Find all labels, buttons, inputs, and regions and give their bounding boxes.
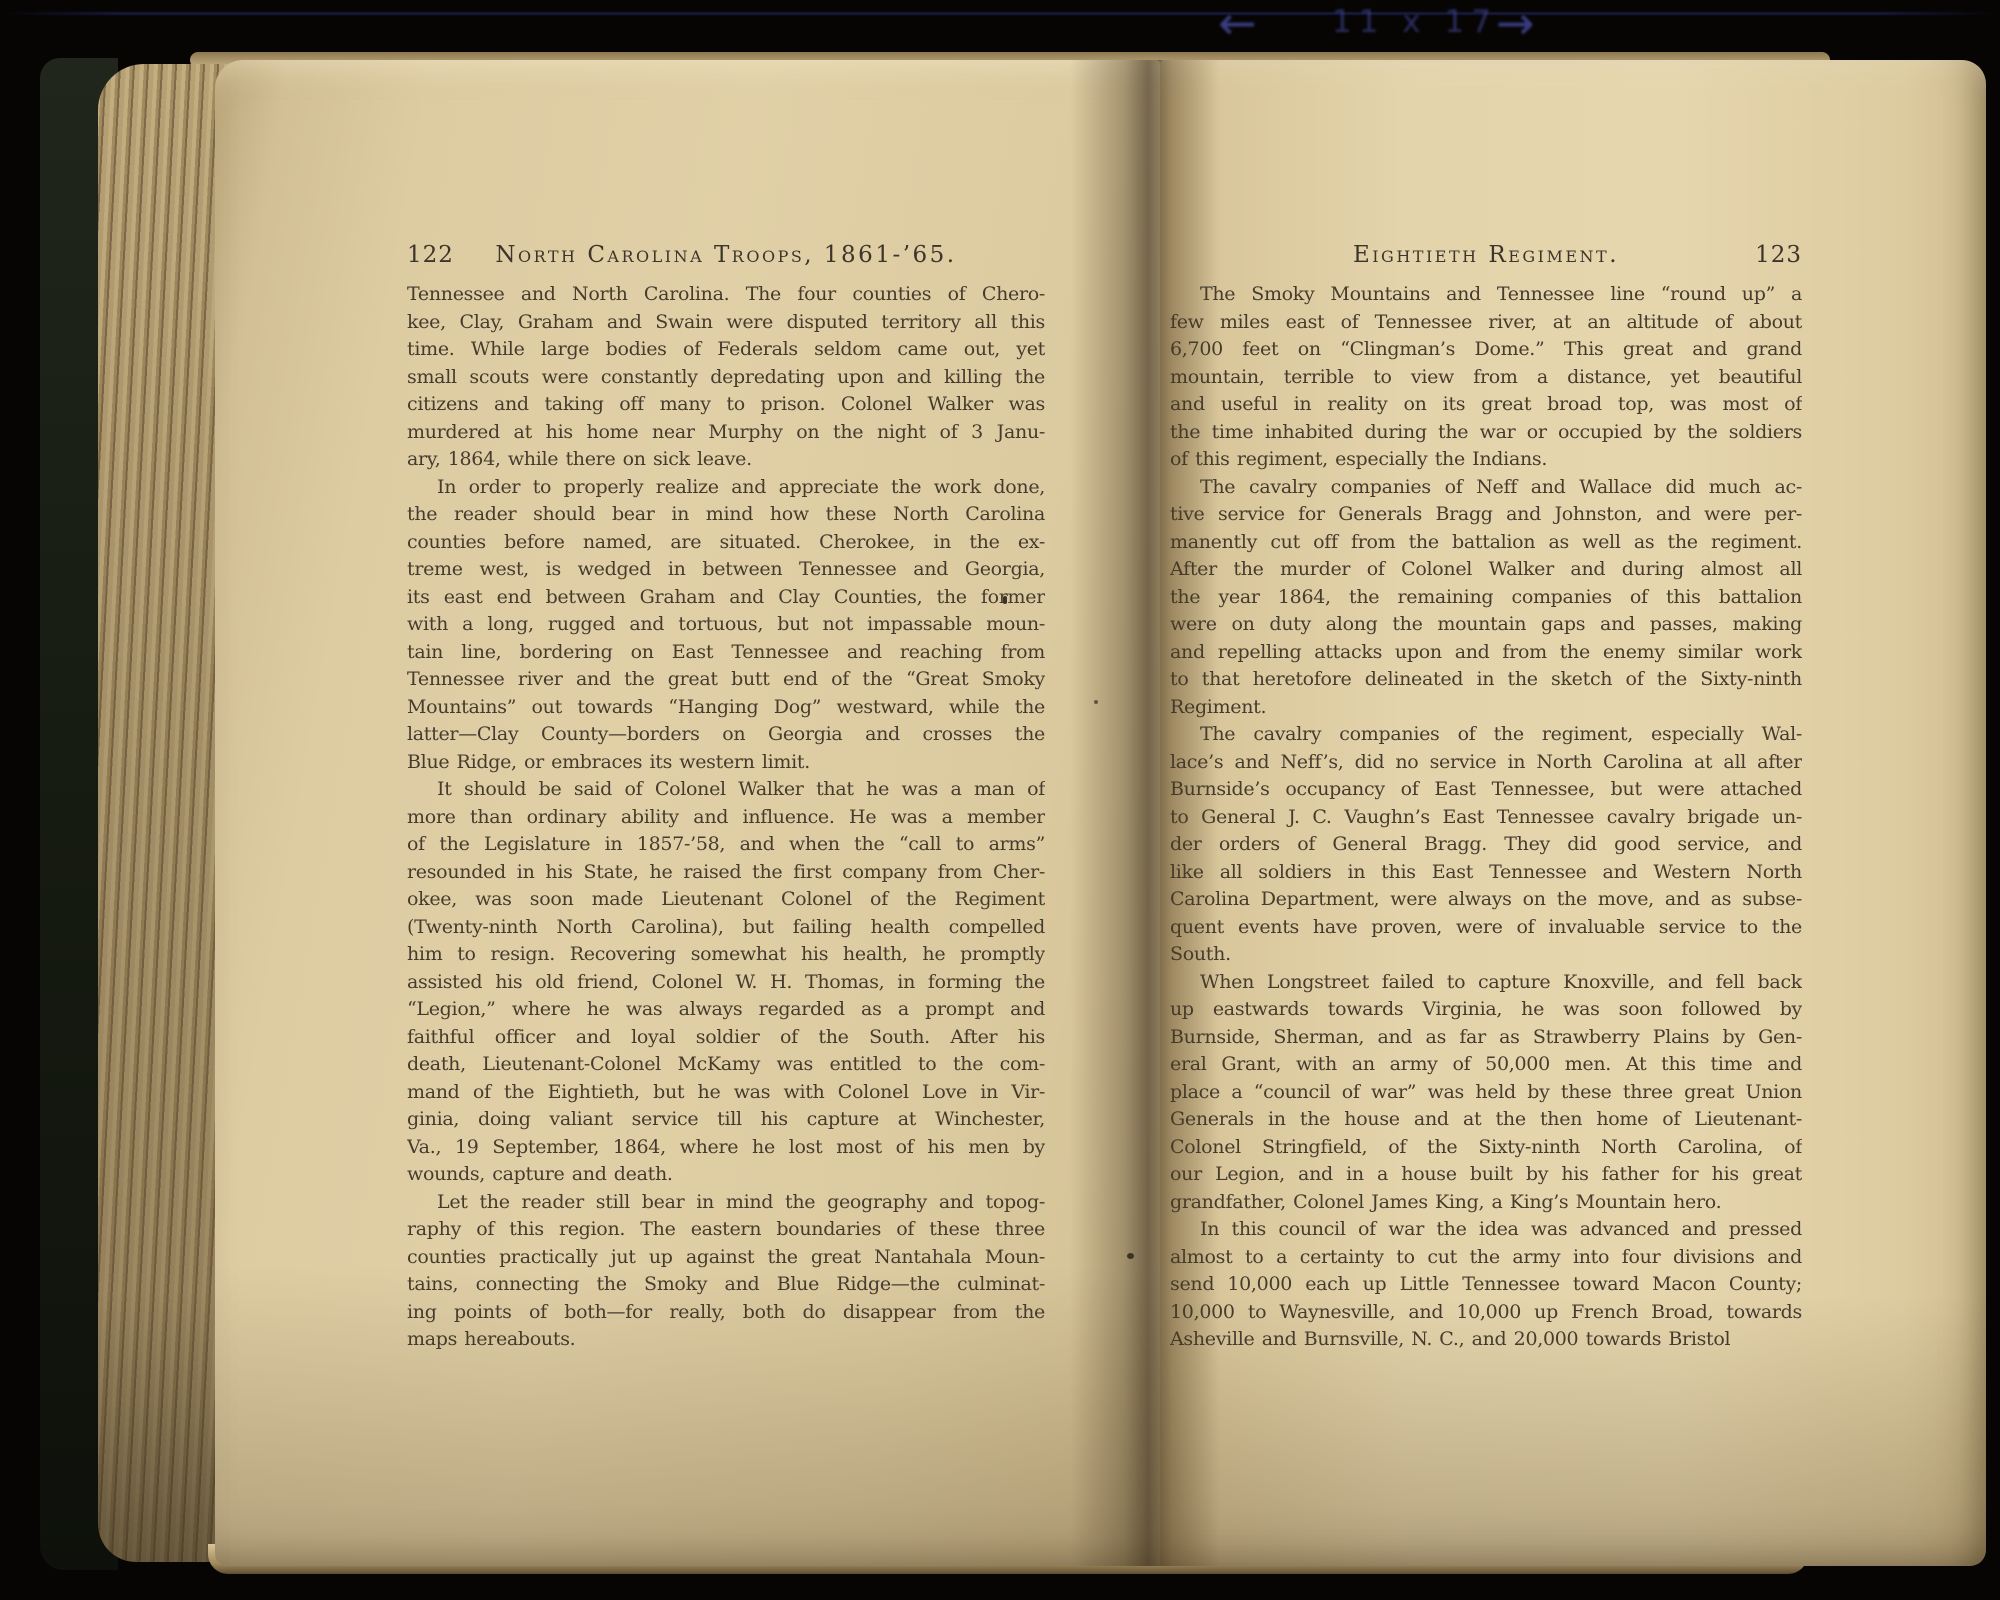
text-line: Va., 19 September, 1864, where he lost m… (407, 1134, 1045, 1162)
left-arrow-icon[interactable]: ← (1218, 0, 1257, 50)
paragraph: The cavalry companies of Neff and Wallac… (1170, 474, 1802, 722)
text-line: When Longstreet failed to capture Knoxvi… (1170, 969, 1802, 997)
scan-size-label: 11 x 17 (1332, 4, 1498, 40)
text-line: In order to properly realize and appreci… (407, 474, 1045, 502)
text-line: manently cut off from the battalion as w… (1170, 529, 1802, 557)
text-line: of the Legislature in 1857-’58, and when… (407, 831, 1045, 859)
text-line: (Twenty-ninth North Carolina), but faili… (407, 914, 1045, 942)
text-line: kee, Clay, Graham and Swain were dispute… (407, 309, 1045, 337)
paragraph: Let the reader still bear in mind the ge… (407, 1189, 1045, 1354)
text-line: to that heretofore delineated in the ske… (1170, 666, 1802, 694)
text-line: Blue Ridge, or embraces its western limi… (407, 749, 1045, 777)
text-line: eral Grant, with an army of 50,000 men. … (1170, 1051, 1802, 1079)
running-header-left: 122 North Carolina Troops, 1861-’65. (407, 242, 1045, 268)
text-line: Burnside, Sherman, and as far as Strawbe… (1170, 1024, 1802, 1052)
text-line: mand of the Eightieth, but he was with C… (407, 1079, 1045, 1107)
text-line: The cavalry companies of Neff and Wallac… (1170, 474, 1802, 502)
ink-speck (1003, 596, 1007, 604)
scanner-guide-line (0, 12, 2000, 15)
text-line: mountain, terrible to view from a distan… (1170, 364, 1802, 392)
text-line: murdered at his home near Murphy on the … (407, 419, 1045, 447)
text-line: ing points of both—for really, both do d… (407, 1299, 1045, 1327)
text-line: ginia, doing valiant service till his ca… (407, 1106, 1045, 1134)
text-line: In this council of war the idea was adva… (1170, 1216, 1802, 1244)
text-line: like all soldiers in this East Tennessee… (1170, 859, 1802, 887)
text-line: tains, connecting the Smoky and Blue Rid… (407, 1271, 1045, 1299)
text-line: tive service for Generals Bragg and John… (1170, 501, 1802, 529)
text-line: Tennessee and North Carolina. The four c… (407, 281, 1045, 309)
text-line: citizens and taking off many to prison. … (407, 391, 1045, 419)
text-line: It should be said of Colonel Walker that… (407, 776, 1045, 804)
text-line: latter—Clay County—borders on Georgia an… (407, 721, 1045, 749)
text-line: of this regiment, especially the Indians… (1170, 446, 1802, 474)
page-number: 122 (407, 242, 454, 268)
text-line: Generals in the house and at the then ho… (1170, 1106, 1802, 1134)
book-scan-viewer: ← 11 x 17 → 122 North Carolina Troops, 1… (0, 0, 2000, 1600)
text-line: death, Lieutenant-Colonel McKamy was ent… (407, 1051, 1045, 1079)
text-line: wounds, capture and death. (407, 1161, 1045, 1189)
text-line: to General J. C. Vaughn’s East Tennessee… (1170, 804, 1802, 832)
right-arrow-icon[interactable]: → (1496, 0, 1535, 50)
text-line: Burnside’s occupancy of East Tennessee, … (1170, 776, 1802, 804)
text-line: faithful officer and loyal soldier of th… (407, 1024, 1045, 1052)
text-line: Carolina Department, were always on the … (1170, 886, 1802, 914)
text-line: 6,700 feet on “Clingman’s Dome.” This gr… (1170, 336, 1802, 364)
text-line: and useful in reality on its great broad… (1170, 391, 1802, 419)
text-line: raphy of this region. The eastern bounda… (407, 1216, 1045, 1244)
text-line: The Smoky Mountains and Tennessee line “… (1170, 281, 1802, 309)
text-line: 10,000 to Waynesville, and 10,000 up Fre… (1170, 1299, 1802, 1327)
text-line: were on duty along the mountain gaps and… (1170, 611, 1802, 639)
text-line: quent events have proven, were of invalu… (1170, 914, 1802, 942)
text-line: tain line, bordering on East Tennessee a… (407, 639, 1045, 667)
text-line: our Legion, and in a house built by his … (1170, 1161, 1802, 1189)
text-line: treme west, is wedged in between Tenness… (407, 556, 1045, 584)
text-line: and repelling attacks upon and from the … (1170, 639, 1802, 667)
text-line: Mountains” out towards “Hanging Dog” wes… (407, 694, 1045, 722)
text-line: Asheville and Burnsville, N. C., and 20,… (1170, 1326, 1802, 1354)
text-line: Regiment. (1170, 694, 1802, 722)
text-line: up eastwards towards Virginia, he was so… (1170, 996, 1802, 1024)
ink-speck (1094, 700, 1098, 704)
text-line: der orders of General Bragg. They did go… (1170, 831, 1802, 859)
text-line: counties before named, are situated. Che… (407, 529, 1045, 557)
text-line: ary, 1864, while there on sick leave. (407, 446, 1045, 474)
text-line: its east end between Graham and Clay Cou… (407, 584, 1045, 612)
paragraph: When Longstreet failed to capture Knoxvi… (1170, 969, 1802, 1217)
text-line: The cavalry companies of the regiment, e… (1170, 721, 1802, 749)
paragraph: Tennessee and North Carolina. The four c… (407, 281, 1045, 474)
paragraph: In order to properly realize and appreci… (407, 474, 1045, 777)
text-line: small scouts were constantly depredating… (407, 364, 1045, 392)
text-line: Tennessee river and the great butt end o… (407, 666, 1045, 694)
text-line: After the murder of Colonel Walker and d… (1170, 556, 1802, 584)
text-line: more than ordinary ability and influence… (407, 804, 1045, 832)
text-line: time. While large bodies of Federals sel… (407, 336, 1045, 364)
text-line: Colonel Stringfield, of the Sixty-ninth … (1170, 1134, 1802, 1162)
ink-speck (1127, 1253, 1134, 1259)
paragraph: The cavalry companies of the regiment, e… (1170, 721, 1802, 969)
running-header-right: Eightieth Regiment. 123 (1170, 242, 1802, 268)
text-line: lace’s and Neff’s, did no service in Nor… (1170, 749, 1802, 777)
paragraph: The Smoky Mountains and Tennessee line “… (1170, 281, 1802, 474)
text-line: the time inhabited during the war or occ… (1170, 419, 1802, 447)
text-line: okee, was soon made Lieutenant Colonel o… (407, 886, 1045, 914)
page-left: 122 North Carolina Troops, 1861-’65. Ten… (215, 60, 1160, 1566)
text-line: send 10,000 each up Little Tennessee tow… (1170, 1271, 1802, 1299)
page-left-text-column: Tennessee and North Carolina. The four c… (407, 281, 1045, 1354)
header-title: North Carolina Troops, 1861-’65. (495, 242, 956, 268)
paragraph: In this council of war the idea was adva… (1170, 1216, 1802, 1354)
text-line: the reader should bear in mind how these… (407, 501, 1045, 529)
text-line: counties practically jut up against the … (407, 1244, 1045, 1272)
paragraph: It should be said of Colonel Walker that… (407, 776, 1045, 1189)
text-line: few miles east of Tennessee river, at an… (1170, 309, 1802, 337)
page-number: 123 (1755, 242, 1802, 268)
header-title: Eightieth Regiment. (1353, 242, 1619, 268)
book-spread: 122 North Carolina Troops, 1861-’65. Ten… (40, 52, 1988, 1578)
text-line: almost to a certainty to cut the army in… (1170, 1244, 1802, 1272)
text-line: with a long, rugged and tortuous, but no… (407, 611, 1045, 639)
text-line: Let the reader still bear in mind the ge… (407, 1189, 1045, 1217)
page-right: Eightieth Regiment. 123 The Smoky Mounta… (1160, 60, 1986, 1566)
text-line: resounded in his State, he raised the fi… (407, 859, 1045, 887)
text-line: place a “council of war” was held by the… (1170, 1079, 1802, 1107)
text-line: grandfather, Colonel James King, a King’… (1170, 1189, 1802, 1217)
page-right-text-column: The Smoky Mountains and Tennessee line “… (1170, 281, 1802, 1354)
text-line: assisted his old friend, Colonel W. H. T… (407, 969, 1045, 997)
text-line: the year 1864, the remaining companies o… (1170, 584, 1802, 612)
text-line: maps hereabouts. (407, 1326, 1045, 1354)
text-line: “Legion,” where he was always regarded a… (407, 996, 1045, 1024)
text-line: him to resign. Recovering somewhat his h… (407, 941, 1045, 969)
text-line: South. (1170, 941, 1802, 969)
